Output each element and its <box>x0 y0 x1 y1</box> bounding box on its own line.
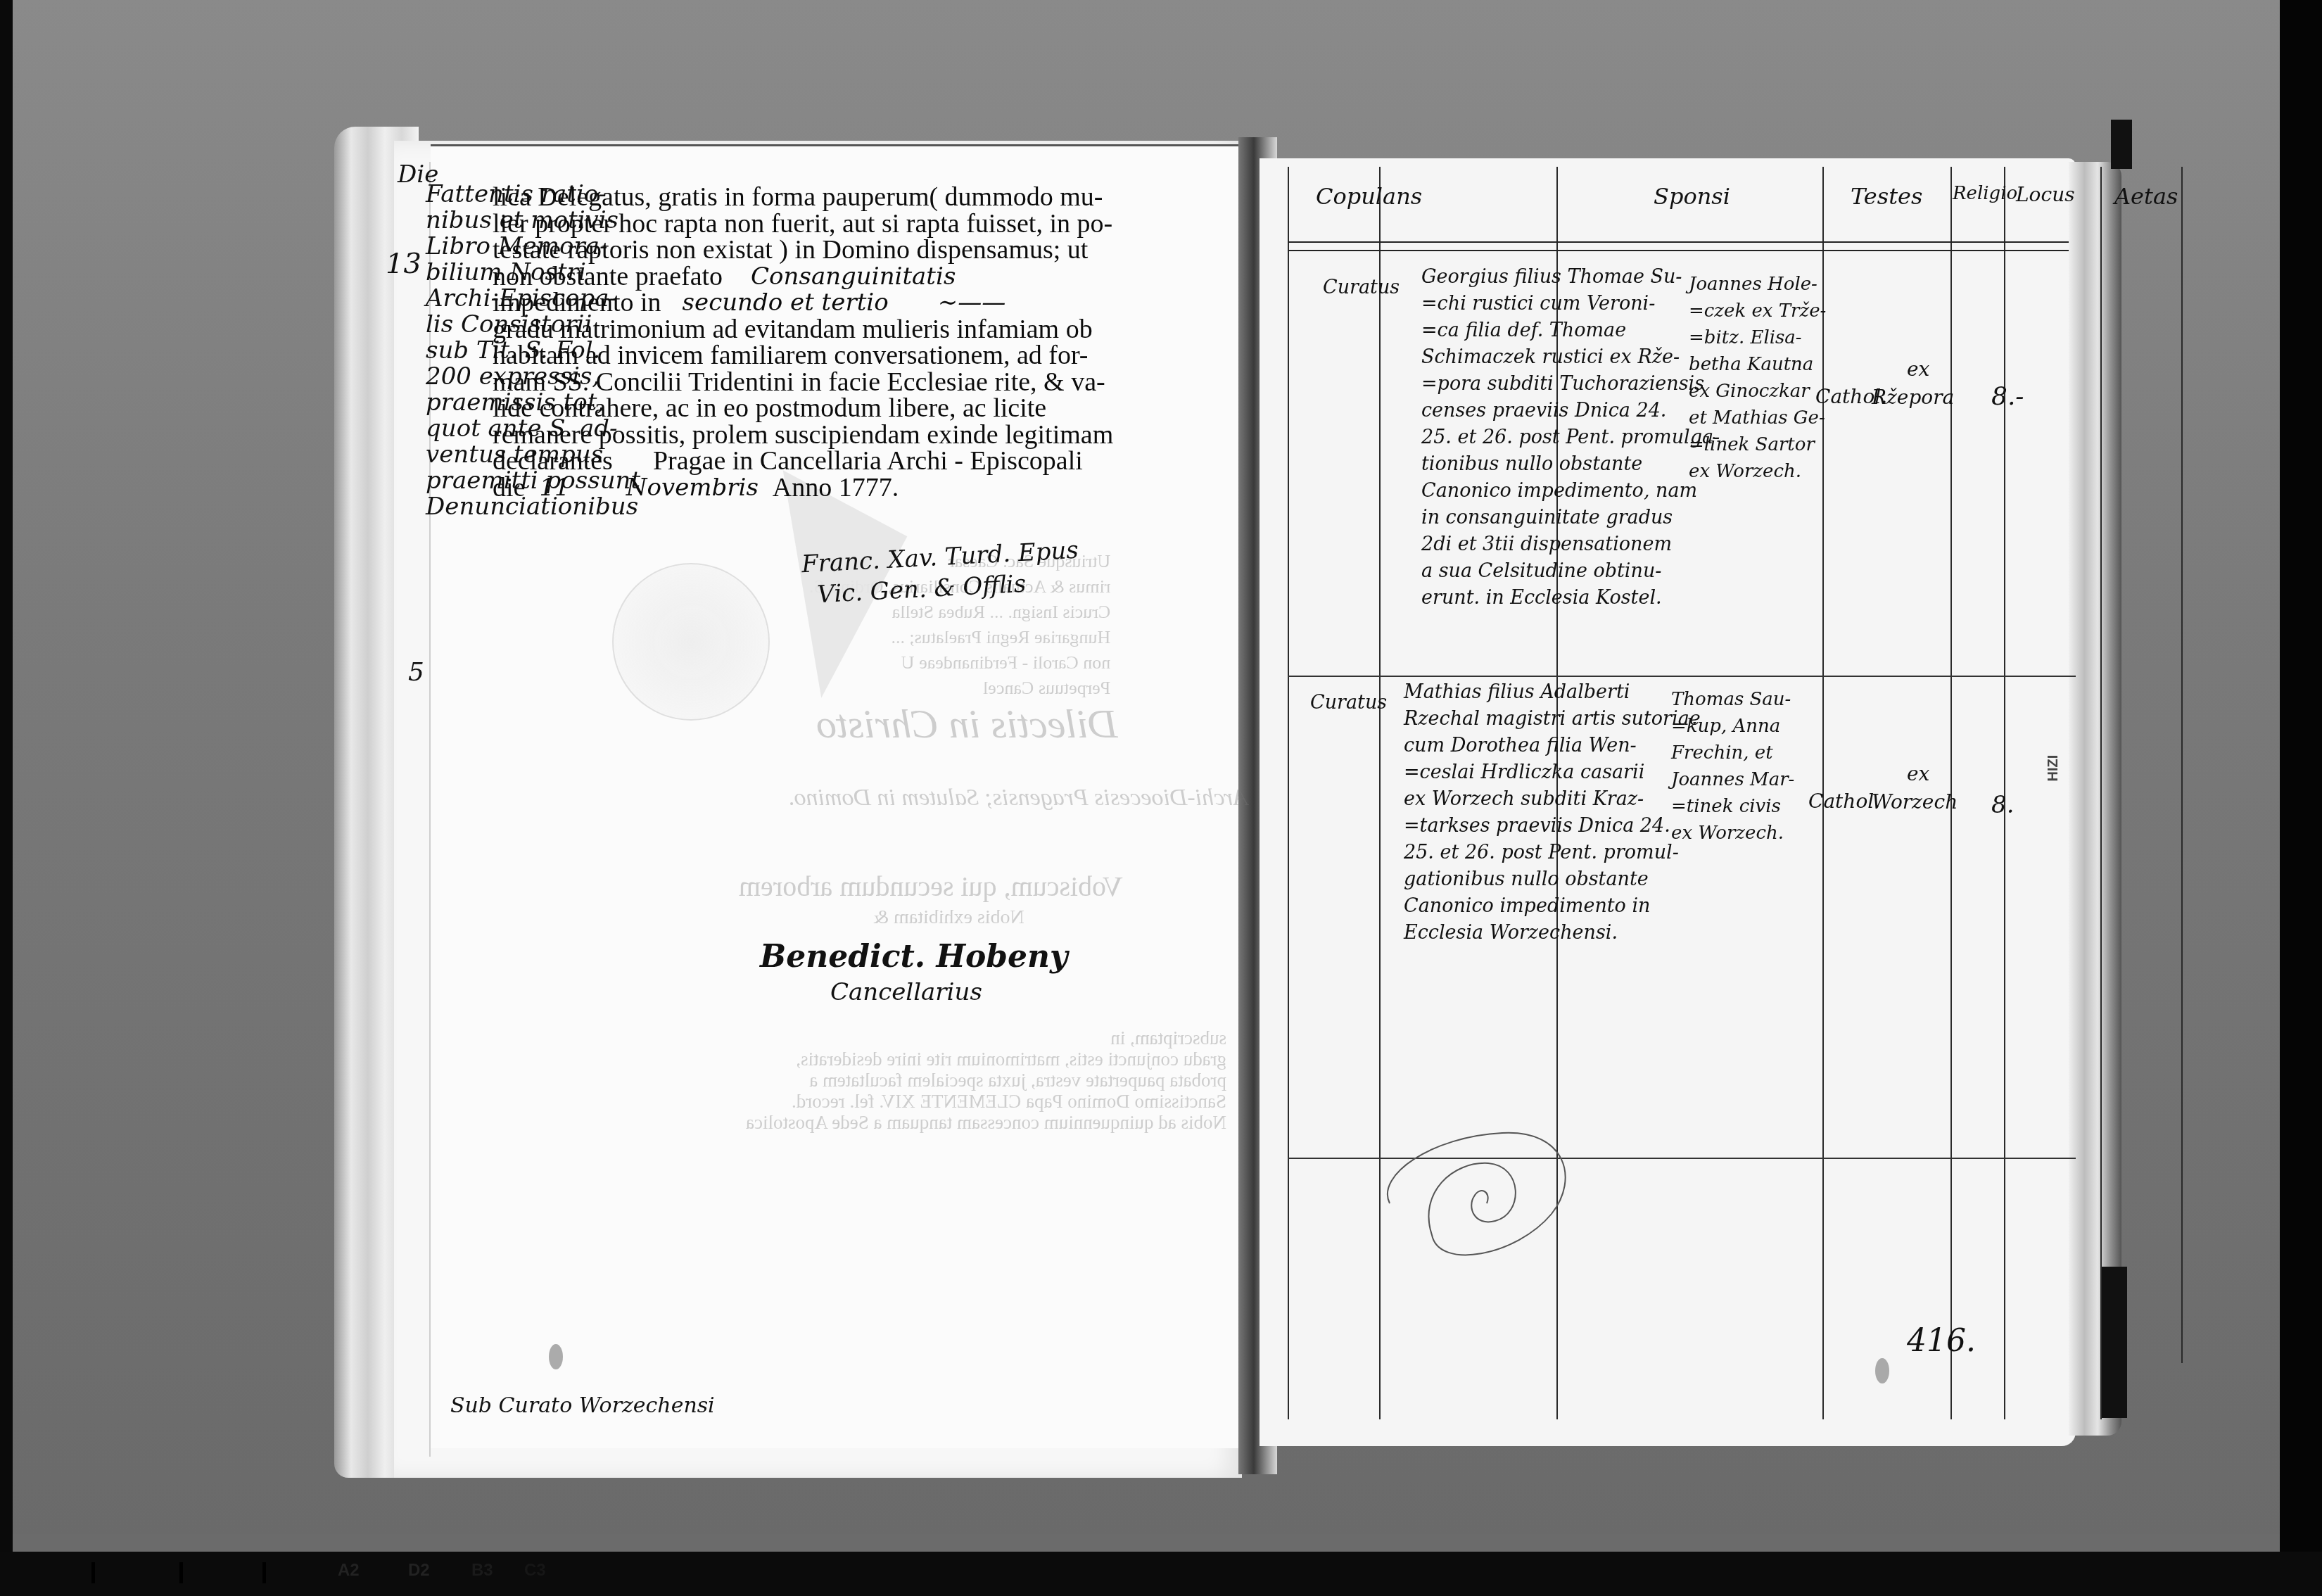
entry-2-copulans: Curatus <box>1310 690 1387 716</box>
entry-1-aetas: 8.- <box>1991 384 2024 410</box>
film-mark: A2 <box>338 1561 360 1581</box>
entry-2-locus: ex Worzech <box>1872 760 1958 816</box>
header-rule <box>1288 241 2069 251</box>
date-month: Novembris <box>626 475 759 502</box>
column-header-locus: Locus <box>2016 183 2075 206</box>
bleed-through-salutation: Dilectis in Christo <box>816 700 1118 747</box>
printed-line: lier propter hoc rapta non fuerit, aut s… <box>493 211 1231 238</box>
closing-flourish <box>1376 1108 1601 1277</box>
entry-2-sponsi: Mathias filius Adalberti Rzechal magistr… <box>1404 679 1701 946</box>
printed-line: non obstante praefato Consanguinitatis <box>493 264 1231 291</box>
film-edge-left <box>0 0 13 1596</box>
impediment-degree: secundo et tertio <box>683 290 889 317</box>
bleed-through-body-start: Vobiscum, qui secundum arborem Nobis exh… <box>739 871 1123 933</box>
printed-line: remanere possitis, prolem suscipiendam e… <box>493 422 1231 449</box>
column-header-religio: Religio <box>1953 183 2017 204</box>
bleed-through-subtitle: Archi-Dioecesis Pragensis; Salutem in Do… <box>788 785 1248 811</box>
entry-1-locus: ex Ržepora <box>1872 355 1954 412</box>
film-mark: D2 <box>408 1561 430 1581</box>
printed-line: habitam ad invicem familiarem conversati… <box>493 343 1231 369</box>
entry-1-testes: Joannes Hole- =czek ex Trže- =bitz. Elis… <box>1689 271 1826 485</box>
dispensation-text: lica Delegatus, gratis in forma pauperum… <box>493 184 1231 501</box>
printed-line: testate raptoris non existat ) in Domino… <box>493 237 1231 264</box>
edge-stamp: HIZI <box>2045 755 2062 782</box>
margin-lower-number: 5 <box>408 658 424 687</box>
bookmark-ribbon <box>2100 1267 2127 1418</box>
margin-day-number: 13 <box>386 248 421 280</box>
entry-1-copulans: Curatus <box>1323 274 1400 301</box>
entry-rule <box>1288 676 2076 677</box>
film-edge-right <box>2280 0 2322 1596</box>
chancellor-signature: Benedict. Hobeny Cancellarius <box>760 939 1068 1010</box>
entry-1-sponsi: Georgius filius Thomae Su- =chi rustici … <box>1421 264 1720 612</box>
entry-2-aetas: 8. <box>1991 792 2014 818</box>
film-mark: B3 <box>471 1561 493 1581</box>
impediment-type: Consanguinitatis <box>751 264 956 291</box>
bleed-through-body: subscriptam, in gradu conjuncti estis, m… <box>746 1027 1226 1133</box>
column-header-copulans: Copulans <box>1316 183 1422 210</box>
printed-line: declarantes Pragae in Cancellaria Archi … <box>493 448 1231 475</box>
book-page-edges-right <box>2069 162 2121 1436</box>
date-year: Anno 1777. <box>773 475 899 502</box>
date-day: 11 <box>539 475 569 502</box>
printed-line: die 11 Novembris Anno 1777. <box>493 475 1231 502</box>
ink-blot <box>549 1344 563 1369</box>
printed-line: gradu matrimonium ad evitandam mulieris … <box>493 317 1231 343</box>
entry-2-testes: Thomas Sau- =kup, Anna Frechin, et Joann… <box>1671 686 1794 847</box>
film-mark: C3 <box>524 1561 546 1581</box>
column-header-testes: Testes <box>1851 183 1922 210</box>
printed-line: impedimento in secundo et tertio ∼—— <box>493 290 1231 317</box>
column-header-aetas: Aetas <box>2114 183 2178 210</box>
bookmark-ribbon-top <box>2111 120 2132 169</box>
column-header-sponsi: Sponsi <box>1654 183 1730 210</box>
ink-blot <box>1875 1358 1889 1383</box>
page-number: 416. <box>1907 1323 1976 1359</box>
printed-line: lica Delegatus, gratis in forma pauperum… <box>493 184 1231 211</box>
entry-2-religio: Cathol. <box>1808 788 1880 815</box>
printed-line: lide contrahere, ac in eo postmodum libe… <box>493 395 1231 422</box>
bottom-note: Sub Curato Worzechensi <box>450 1393 715 1418</box>
printed-line: mam SS. Concilii Tridentini in facie Ecc… <box>493 369 1231 396</box>
